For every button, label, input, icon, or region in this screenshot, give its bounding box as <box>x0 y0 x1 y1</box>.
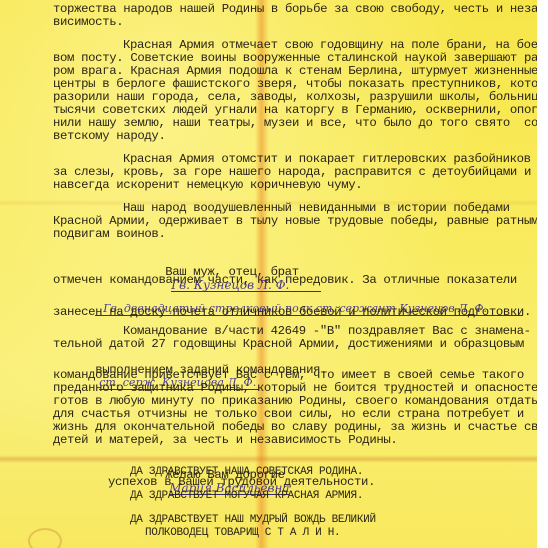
stain-mark <box>28 528 62 548</box>
slogan-stalin: ПОЛКОВОДЕЦ ТОВАРИЩ С Т А Л И Н. <box>145 527 537 539</box>
slogan-leader: ДА ЗДРАВСТВУЕТ НАШ МУДРЫЙ ВОЖДЬ ВЕЛИКИЙ <box>130 514 537 526</box>
paragraph-line: навсегда искоренит немецкую коричневую ч… <box>53 179 493 192</box>
letter-body: торжества народов нашей Родины в борьбе … <box>53 0 493 489</box>
board-line: занесен на доску почета отличников боево… <box>53 306 493 319</box>
slogan-motherland: ДА ЗДРАВСТВУЕТ НАША СОВЕТСКАЯ РОДИНА. <box>130 466 537 478</box>
paragraph-line: ветскому народу. <box>53 130 493 143</box>
intro-line: висимость. <box>53 16 493 29</box>
tasks-line: выполнением заданий командования. ст. се… <box>53 351 493 366</box>
paragraph-line: подвигам воинов. <box>53 228 493 241</box>
slogan-red-army: ДА ЗДРАВСТВУЕТ МОГУЧАЯ КРАСНАЯ АРМИЯ. <box>130 490 537 502</box>
honoree-line: Ваш муж, отец, брат Гв. Кузнецов Л. Ф. <box>53 253 493 269</box>
paragraph-line: детей и матерей, за честь и независимост… <box>53 434 493 447</box>
noted-line: отмечен командованием части, как передов… <box>53 274 493 287</box>
paragraph-line: тельной датой 27 годовщины Красной Армии… <box>53 338 493 351</box>
document-page: торжества народов нашей Родины в борьбе … <box>0 0 537 548</box>
